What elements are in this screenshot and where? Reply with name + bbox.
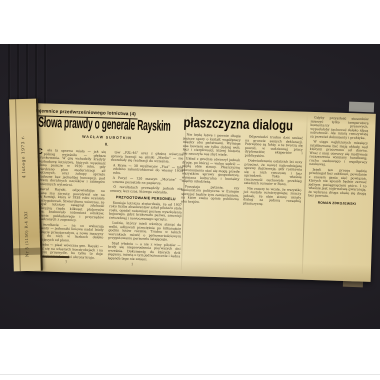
footer-mark: 1 [131, 262, 133, 266]
body-paragraph: Odpowiedzi trudno dziś szukać na gruncie… [245, 135, 303, 159]
newspaper-clipping: Tajemnice przedwrześniowego lotnictwa (4… [23, 103, 376, 282]
far-right-column: Gdyby przyszłość stosunków mierzyć tylko… [306, 116, 368, 260]
body-paragraph: A Rzym — 30 myśliwców „Fiat” — tyle zdoł… [110, 163, 183, 177]
body-paragraph: tów „PZL-46” oraz z głośną wówczas spraw… [111, 151, 184, 165]
tape-patch-top-right [349, 102, 374, 113]
body-paragraph: Gdyby przyszłość stosunków mierzyć tylko… [310, 116, 369, 140]
issue-number-vertical: Nr 5 (1150) R-4 XXI [23, 211, 29, 257]
right-article-columns: Nie będą łatwe i pewnie długie jeszcze s… [179, 133, 303, 265]
body-text: ała ta sprawa miała — jak się później wy… [32, 148, 106, 187]
scanned-page: Tajemnice przedwrześniowego lotnictwa (4… [0, 0, 380, 380]
body-paragraph: Układ z grudnia otworzył jednak drogę, p… [182, 157, 241, 185]
scan-edge-line [0, 374, 380, 375]
body-paragraph: Komisja lotnicza stwierdzała, że od 1937… [109, 201, 182, 222]
main-headline: Słowa prawdy o generale Rayskim [38, 114, 171, 135]
body-paragraph: Nie będą łatwe i pewnie długie jeszcze s… [182, 133, 240, 157]
body-paragraph: Jeżeli ten proces będzie przebiegał bez … [308, 168, 367, 200]
body-paragraph: W ciągu najbliższych miesięcy ratyfikowa… [309, 140, 368, 168]
body-paragraph: Stąd właśnie — a nie z winy pilotów — br… [108, 241, 181, 262]
body-paragraph: Cała ta sprawa miała — jak się później w… [32, 148, 106, 188]
body-column: Nie będą łatwe i pewnie długie jeszcze s… [179, 133, 241, 263]
right-article-headline: płaszczyzna dialogu [183, 114, 293, 134]
footer-mark: 7 [65, 260, 67, 264]
body-paragraph: Pozostaje pytanie, czy koniunktura polit… [181, 185, 239, 206]
body-column: tów „PZL-46” oraz z głośną wówczas spraw… [108, 151, 184, 265]
body-paragraph: Generał Rayski, odpowiadając na stawiane… [31, 187, 105, 223]
left-article-columns: Cała ta sprawa miała — jak się później w… [30, 148, 183, 265]
body-column: Gdyby przyszłość stosunków mierzyć tylko… [306, 116, 368, 260]
folded-edge-strip: 4 lutego 1973 r. Nr 5 (1150) R-4 XXI [9, 99, 43, 272]
section-marker: II. [34, 140, 180, 149]
body-column: Odpowiedzi trudno dziś szukać na gruncie… [241, 135, 303, 265]
edition-date-vertical: 4 lutego 1973 r. [20, 135, 26, 178]
body-paragraph: Doświadczenie ostatnich lat uczy przecie… [244, 159, 303, 187]
author-signature: ROMAN ZDROJEWSKI [308, 201, 366, 207]
body-paragraph: O rezultatach przesądziły jednak nie umo… [110, 185, 183, 195]
body-paragraph: Ludzie, którzy mieli wkrótce stanąć do w… [108, 221, 181, 242]
body-paragraph: Nie znaczy to wcale, że wszystko już zos… [243, 187, 301, 208]
